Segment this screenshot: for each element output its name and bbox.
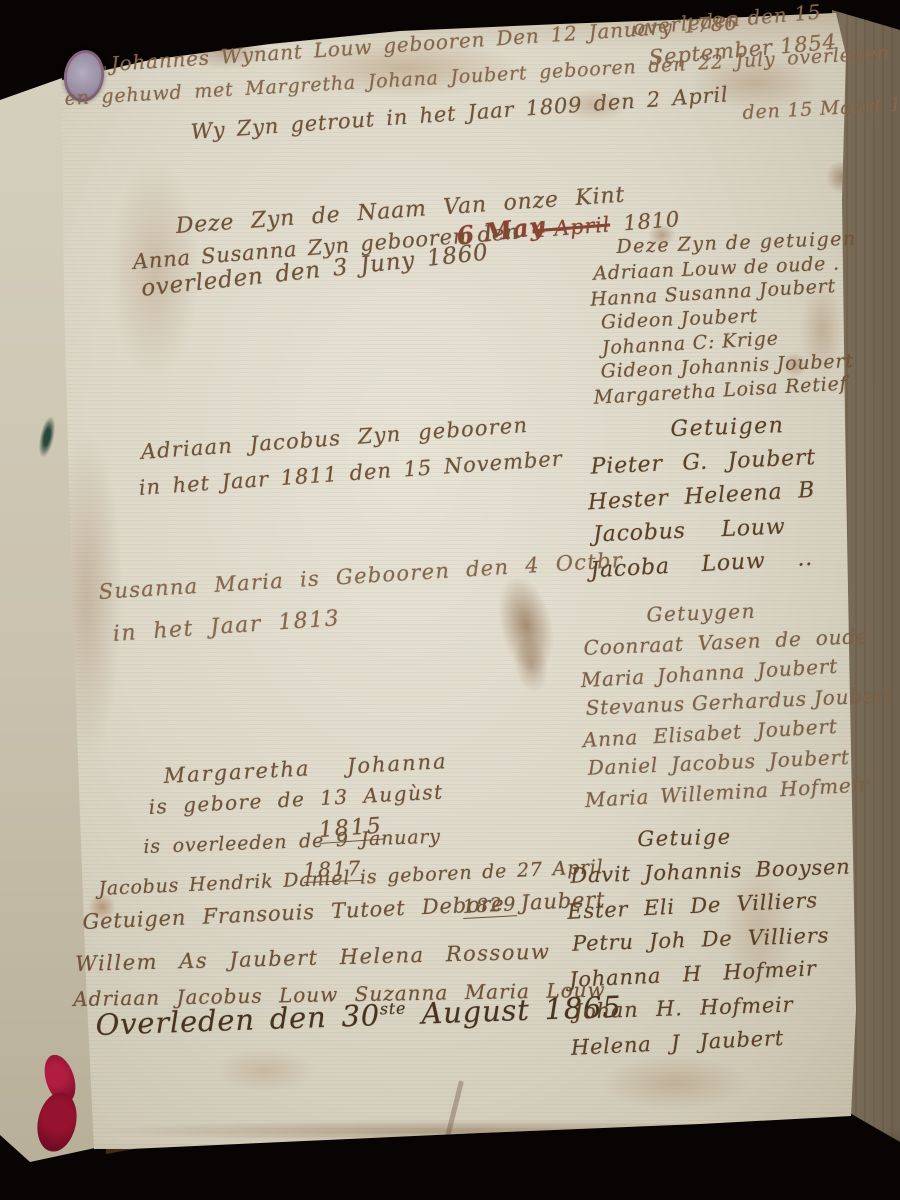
witness-group-2: Getuigen Pieter G. Joubert Hester Heleen…: [585, 408, 818, 586]
witness-group-4: Getuige Davit Johannis Booysen Ester Eli…: [565, 817, 851, 1062]
child1-birth-year: 1810: [623, 207, 681, 235]
witness-group-3: Getuygen Coonraat Vasen de oude Maria Jo…: [578, 591, 894, 812]
child5-death-sup: ste: [379, 998, 406, 1018]
witness-group-1: Deze Zyn de getuigen Adriaan Louw de oud…: [588, 227, 862, 408]
manuscript-photo: overleden den 15 Johannes Wynant Louw ge…: [0, 0, 900, 1200]
